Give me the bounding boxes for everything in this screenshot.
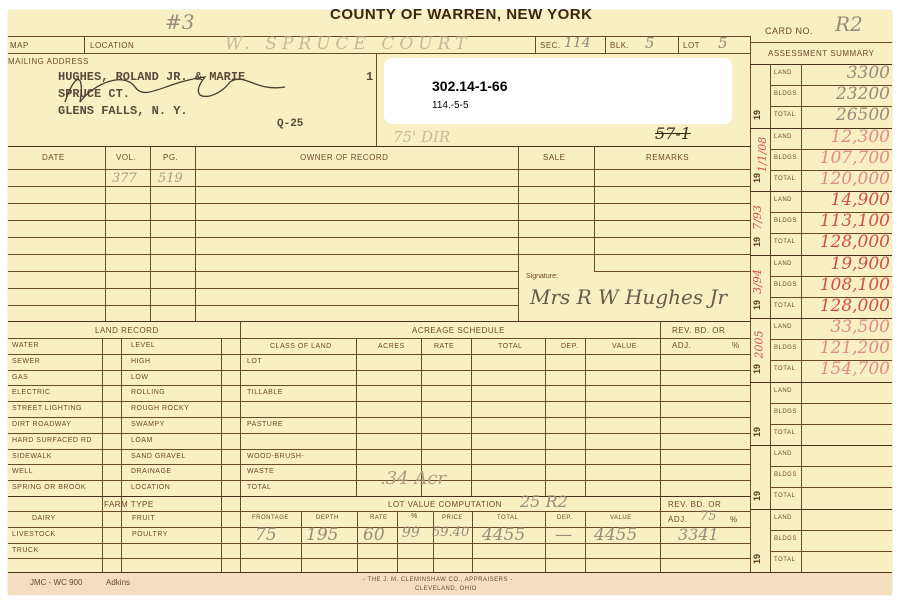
card-no-value: R2 — [835, 12, 863, 36]
land-terrain-item: DRAINAGE — [131, 468, 172, 475]
divider — [770, 403, 892, 404]
lot-value-note: 25 R2 — [520, 492, 568, 511]
divider — [8, 288, 518, 289]
assessment-land-label: LAND — [774, 134, 792, 140]
assessment-bldgs-value: 23200 — [836, 84, 890, 104]
assessment-bldgs-label: BLDGS — [774, 345, 797, 351]
divider — [8, 558, 750, 559]
divider — [471, 338, 472, 496]
frontage-note: 75' DIR — [393, 128, 450, 146]
handwritten-card-number: #3 — [165, 10, 194, 34]
assessment-bldgs-value: 113,100 — [820, 211, 890, 231]
page-title: COUNTY OF WARREN, NEW YORK — [330, 6, 592, 23]
year-prefix: 19 — [752, 363, 762, 373]
assessment-bldgs-label: BLDGS — [774, 472, 797, 478]
assessment-total-label: TOTAL — [774, 112, 795, 118]
divider — [195, 146, 196, 321]
divider — [750, 36, 751, 572]
lot-rev-header: REV. BD. OR — [668, 500, 721, 509]
lot-adj-note: 75 — [700, 509, 717, 524]
divider — [8, 449, 750, 450]
col-rate: RATE — [370, 515, 388, 521]
acreage-class-item: WASTE — [247, 468, 274, 475]
sec-label: SEC. — [540, 41, 561, 50]
divider — [8, 370, 750, 371]
land-utility-item: SPRING OR BROOK — [12, 484, 86, 491]
assessment-header: ASSESSMENT SUMMARY — [768, 49, 875, 58]
total-acres: .34 Acr — [380, 468, 446, 489]
assessment-land-value: 19,900 — [831, 254, 890, 274]
year-note: 3/94 — [751, 269, 764, 294]
assessment-land-label: LAND — [774, 70, 792, 76]
divider — [585, 511, 586, 572]
divider — [535, 36, 536, 53]
divider — [8, 572, 892, 573]
land-utility-item: GAS — [12, 374, 28, 381]
divider — [678, 36, 679, 53]
assessment-bldgs-value: 108,100 — [820, 275, 890, 295]
lot-label: LOT — [683, 41, 700, 50]
assessment-land-label: LAND — [774, 261, 792, 267]
lot-adj-label: ADJ. — [668, 515, 687, 524]
col-vol: VOL. — [116, 153, 136, 162]
assessment-land-label: LAND — [774, 324, 792, 330]
signature-label: Signature: — [526, 273, 558, 280]
land-terrain-item: LOCATION — [131, 484, 170, 491]
farm-truck: TRUCK — [12, 547, 39, 554]
assessment-total-value: 128,000 — [820, 232, 890, 252]
total-value: 4455 — [482, 525, 525, 545]
col-remarks: REMARKS — [646, 153, 689, 162]
col-total: TOTAL — [498, 343, 522, 350]
year-prefix: 19 — [752, 490, 762, 500]
divider — [770, 551, 892, 552]
col-price: PRICE — [442, 515, 463, 521]
divider — [594, 146, 595, 271]
divider — [105, 146, 106, 321]
value-value: 4455 — [594, 525, 637, 545]
assessment-bldgs-label: BLDGS — [774, 91, 797, 97]
farm-fruit: FRUIT — [132, 515, 155, 522]
divider — [8, 385, 750, 386]
divider — [221, 338, 222, 572]
acreage-class-item: LOT — [247, 358, 262, 365]
signature-scribble — [55, 62, 305, 112]
pct-label: % — [732, 341, 740, 350]
assessment-land-label: LAND — [774, 451, 792, 457]
land-terrain-item: SWAMPY — [131, 421, 165, 428]
divider — [8, 433, 750, 434]
year-note: 2005 — [753, 331, 766, 359]
divider — [102, 338, 103, 572]
divider — [8, 338, 750, 339]
assessment-land-label: LAND — [774, 515, 792, 521]
col-owner: OWNER OF RECORD — [300, 153, 388, 162]
col-date: DATE — [42, 153, 65, 162]
assessment-land-value: 14,900 — [831, 190, 890, 210]
assessment-bldgs-label: BLDGS — [774, 218, 797, 224]
land-terrain-item: LOAM — [131, 437, 153, 444]
divider — [660, 321, 661, 572]
year-note: 7/93 — [751, 205, 764, 230]
signature-value: Mrs R W Hughes Jr — [530, 285, 727, 309]
divider — [433, 511, 434, 572]
rate-value: 60 — [363, 525, 385, 545]
vol-value: 377 — [112, 171, 137, 186]
assessment-land-value: 33,500 — [831, 317, 890, 337]
dep-value: — — [555, 525, 572, 545]
assessment-total-value: 128,000 — [820, 296, 890, 316]
divider — [121, 338, 122, 572]
year-prefix: 19 — [752, 427, 762, 437]
assessment-total-value: 154,700 — [820, 359, 890, 379]
land-utility-item: SIDEWALK — [12, 453, 52, 460]
land-utility-item: HARD SURFACED RD — [12, 437, 92, 444]
depth-value: 195 — [306, 525, 338, 545]
assessment-bldgs-value: 107,700 — [820, 148, 890, 168]
col-frontage: FRONTAGE — [252, 515, 289, 521]
footer-name: Adkins — [106, 578, 130, 587]
year-prefix: 19 — [752, 236, 762, 246]
divider — [397, 511, 398, 572]
assessment-bldgs-label: BLDGS — [774, 409, 797, 415]
col-class-of-land: CLASS OF LAND — [270, 343, 332, 350]
sec-value: 114 — [564, 35, 591, 51]
year-note: 1/1/08 — [756, 136, 769, 171]
assessment-land-value: 12,300 — [831, 127, 890, 147]
divider — [8, 480, 750, 481]
assessment-total-label: TOTAL — [774, 430, 795, 436]
assessment-bldgs-label: BLDGS — [774, 536, 797, 542]
appraiser-label: - THE J. M. CLEMINSHAW CO., APPRAISERS - — [363, 577, 513, 583]
assessment-bldgs-value: 121,200 — [820, 338, 890, 358]
divider — [770, 487, 892, 488]
pct-value: 99 — [402, 525, 420, 541]
col-rate: RATE — [434, 343, 454, 350]
form-code: JMC - WC 900 — [30, 578, 82, 587]
divider — [594, 271, 750, 272]
divider — [8, 254, 750, 255]
lot-value-header: LOT VALUE COMPUTATION — [388, 500, 502, 509]
card-no-label: CARD NO. — [765, 26, 813, 36]
col-value: VALUE — [612, 343, 637, 350]
divider — [8, 305, 518, 306]
location-label: LOCATION — [90, 41, 134, 50]
old-parcel-id: 114.-5-5 — [432, 100, 469, 111]
col-pct: % — [411, 513, 418, 520]
divider — [356, 338, 357, 496]
assessment-total-label: TOTAL — [774, 239, 795, 245]
divider — [750, 382, 892, 383]
divider — [8, 496, 750, 497]
blk-label: BLK. — [610, 41, 629, 50]
divider — [770, 530, 892, 531]
divider — [150, 146, 151, 321]
price-value: 59.40 — [432, 525, 469, 540]
divider — [545, 338, 546, 496]
divider — [301, 511, 302, 572]
farm-poultry: POULTRY — [132, 531, 168, 538]
land-terrain-item: ROUGH ROCKY — [131, 405, 189, 412]
divider — [8, 237, 750, 238]
parcel-sticker: 302.14-1-66 114.-5-5 — [384, 58, 732, 124]
divider — [8, 271, 518, 272]
col-dep: DEP. — [561, 343, 578, 350]
divider — [8, 220, 750, 221]
land-terrain-item: ROLLING — [131, 389, 165, 396]
divider — [545, 511, 546, 572]
col-sale: SALE — [543, 153, 565, 162]
divider — [770, 424, 892, 425]
divider — [357, 511, 358, 572]
lot-pct-label: % — [730, 515, 738, 524]
divider — [585, 338, 586, 496]
map-label: MAP — [10, 41, 29, 50]
frontage-value: 75 — [255, 525, 277, 545]
code-value: Q-25 — [277, 118, 303, 130]
farm-dairy: DAIRY — [32, 515, 56, 522]
assessment-total-value: 120,000 — [820, 169, 890, 189]
divider — [8, 146, 750, 147]
divider — [84, 36, 85, 53]
col-pg: PG. — [163, 153, 178, 162]
divider — [750, 42, 892, 43]
acreage-class-item: PASTURE — [247, 421, 283, 428]
divider — [472, 511, 473, 572]
adj-label: ADJ. — [672, 341, 691, 350]
acreage-class-item: TOTAL — [247, 484, 271, 491]
adj-value: 3341 — [678, 525, 719, 544]
divider — [240, 321, 241, 572]
assessment-total-label: TOTAL — [774, 493, 795, 499]
extra-digit: 1 — [366, 70, 373, 84]
divider — [750, 445, 892, 446]
divider — [770, 466, 892, 467]
divider — [8, 186, 750, 187]
col-total: TOTAL — [497, 515, 518, 521]
location-value: W. SPRUCE COURT — [225, 34, 471, 54]
pg-value: 519 — [158, 171, 183, 186]
land-utility-item: WATER — [12, 342, 39, 349]
farm-type-header: FARM TYPE — [104, 500, 154, 509]
col-acres: ACRES — [378, 343, 405, 350]
parcel-id: 302.14-1-66 — [432, 78, 508, 94]
divider — [8, 169, 750, 170]
land-utility-item: SEWER — [12, 358, 40, 365]
divider — [605, 36, 606, 53]
year-prefix: 19 — [752, 300, 762, 310]
divider — [8, 417, 750, 418]
land-terrain-item: LEVEL — [131, 342, 155, 349]
year-prefix: 19 — [752, 109, 762, 119]
land-terrain-item: LOW — [131, 374, 148, 381]
acreage-class-item: TILLABLE — [247, 389, 283, 396]
assessment-bldgs-label: BLDGS — [774, 282, 797, 288]
appraiser-city: CLEVELAND, OHIO — [415, 586, 477, 592]
lot-value: 5 — [718, 34, 728, 52]
acreage-class-item: WOOD-BRUSH- — [247, 453, 304, 460]
acreage-header: ACREAGE SCHEDULE — [412, 326, 505, 335]
plate-number: 57-1 — [655, 124, 691, 143]
divider — [8, 203, 750, 204]
assessment-total-label: TOTAL — [774, 557, 795, 563]
blk-value: 5 — [645, 34, 655, 52]
land-terrain-item: HIGH — [131, 358, 151, 365]
divider — [750, 509, 892, 510]
divider — [8, 464, 750, 465]
col-dep: DEP. — [557, 515, 572, 521]
assessment-land-value: 3300 — [847, 63, 890, 83]
assessment-land-label: LAND — [774, 197, 792, 203]
acreage-rev-header: REV. BD. OR — [672, 326, 725, 335]
assessment-total-label: TOTAL — [774, 176, 795, 182]
divider — [376, 53, 377, 146]
land-utility-item: ELECTRIC — [12, 389, 51, 396]
land-record-header: LAND RECORD — [95, 326, 159, 335]
divider — [518, 146, 519, 321]
year-prefix: 19 — [752, 173, 762, 183]
divider — [8, 511, 750, 512]
col-value: VALUE — [610, 515, 632, 521]
farm-livestock: LIVESTOCK — [12, 531, 56, 538]
land-utility-item: WELL — [12, 468, 33, 475]
assessment-total-value: 26500 — [836, 105, 890, 125]
land-utility-item: DIRT ROADWAY — [12, 421, 71, 428]
land-terrain-item: SAND GRAVEL — [131, 453, 186, 460]
year-prefix: 19 — [752, 554, 762, 564]
divider — [8, 354, 750, 355]
divider — [8, 321, 750, 322]
assessment-land-label: LAND — [774, 388, 792, 394]
land-utility-item: STREET LIGHTING — [12, 405, 82, 412]
assessment-total-label: TOTAL — [774, 366, 795, 372]
assessment-total-label: TOTAL — [774, 303, 795, 309]
col-depth: DEPTH — [316, 515, 339, 521]
divider — [8, 401, 750, 402]
assessment-bldgs-label: BLDGS — [774, 155, 797, 161]
